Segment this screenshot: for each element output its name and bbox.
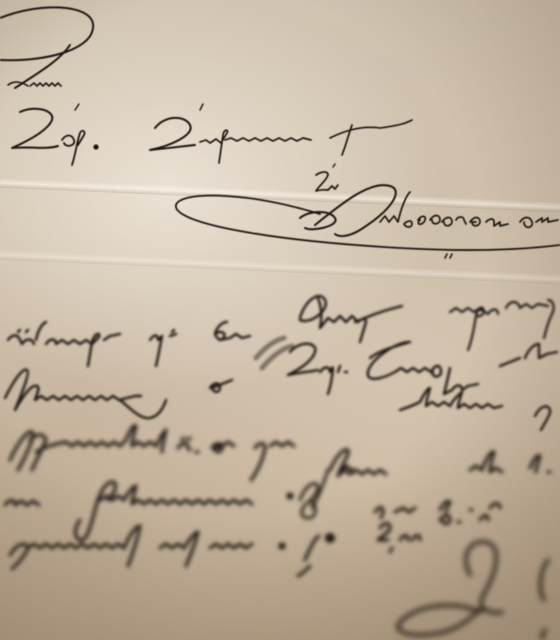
document-photo: Dem Kath. Kirchenvorstand zu Lubschau ..…: [0, 0, 560, 640]
closing-ink: [0, 0, 560, 640]
